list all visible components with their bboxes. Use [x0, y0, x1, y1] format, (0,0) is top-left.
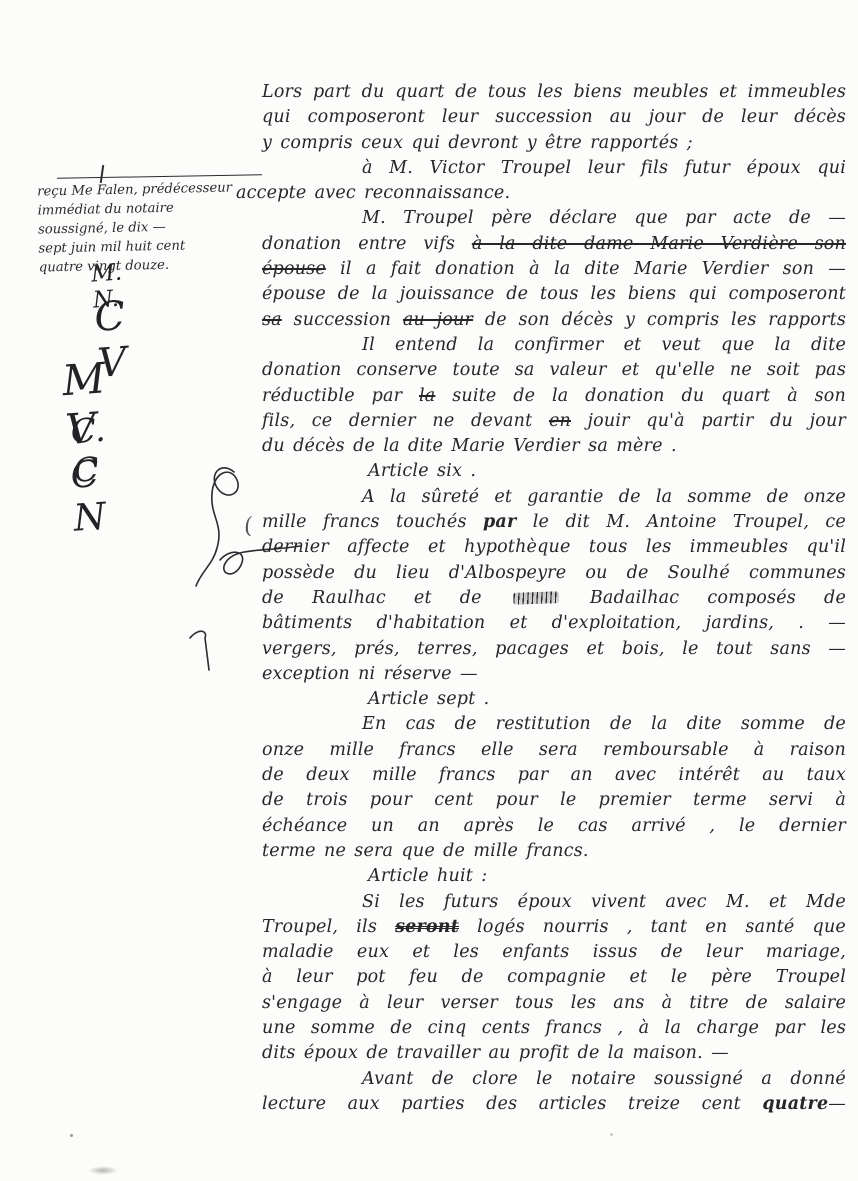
scribbled-out-word: [513, 591, 559, 605]
text-line: y compris ceux qui devront y être rappor…: [262, 131, 846, 156]
text-line: onze mille francs elle sera remboursable…: [262, 738, 846, 763]
text-segment: Article sept .: [368, 689, 489, 709]
text-segment: fils, ce dernier ne devant: [262, 411, 549, 431]
text-segment: mille francs touchés: [262, 512, 483, 532]
text-segment: onze mille francs elle sera remboursable…: [262, 740, 846, 760]
text-line: Avant de clore le notaire soussigné a do…: [262, 1067, 846, 1092]
text-segment: dernier affecte et hypothèque tous les i…: [262, 537, 846, 557]
text-segment: M. Troupel père déclare que par acte de …: [362, 208, 846, 228]
text-line: qui composeront leur succession au jour …: [262, 105, 846, 130]
text-line: dernier affecte et hypothèque tous les i…: [262, 535, 846, 560]
text-line: à leur pot feu de compagnie et le père T…: [262, 965, 846, 990]
text-segment: Article huit :: [368, 866, 487, 886]
text-segment: réductible par: [262, 386, 419, 406]
text-segment: possède du lieu d'Albospeyre ou de Soulh…: [262, 563, 846, 583]
text-segment: Badailhac composés de: [562, 588, 846, 608]
text-line: à M. Victor Troupel leur fils futur épou…: [262, 156, 846, 181]
text-line: bâtiments d'habitation et d'exploitation…: [262, 611, 846, 636]
text-segment: s'engage à leur verser tous les ans à ti…: [262, 993, 846, 1013]
text-segment: En cas de restitution de la dite somme d…: [362, 714, 846, 734]
text-line: Lors part du quart de tous les biens meu…: [262, 80, 846, 105]
text-segment: de son décès y compris les rapports: [473, 310, 846, 330]
text-line: lecture aux parties des articles treize …: [262, 1092, 846, 1117]
text-segment: à leur pot feu de compagnie et le père T…: [262, 967, 846, 987]
text-segment: y compris ceux qui devront y être rappor…: [262, 133, 693, 153]
text-line: sa succession au jour de son décès y com…: [262, 308, 846, 333]
document-body-text: Lors part du quart de tous les biens meu…: [262, 80, 846, 1117]
text-segment: logés nourris , tant en santé que: [459, 917, 846, 937]
text-segment: succession: [282, 310, 403, 330]
struck-text: épouse: [262, 259, 326, 279]
initial-left: C.: [69, 410, 106, 451]
text-line: une somme de cinq cents francs , à la ch…: [262, 1016, 846, 1041]
text-line: Article six .: [262, 459, 846, 484]
initial-left: M: [61, 353, 107, 405]
scan-smudge: [88, 1166, 118, 1175]
text-line: vergers, prés, terres, pacages et bois, …: [262, 637, 846, 662]
text-line: Il entend la confirmer et veut que la di…: [262, 333, 846, 358]
initial-left: C: [93, 293, 127, 341]
text-segment: à M. Victor Troupel leur fils futur épou…: [362, 158, 846, 178]
scanned-notarial-act-page: reçu Me Falen, prédécesseurimmédiat du n…: [0, 0, 858, 1181]
text-line: de trois pour cent pour le premier terme…: [262, 788, 846, 813]
initial-left: C: [69, 452, 100, 497]
scan-speck: [610, 1133, 613, 1136]
text-line: accepte avec reconnaissance.: [236, 181, 846, 206]
text-line: épouse il a fait donation à la dite Mari…: [262, 257, 846, 282]
text-segment: Article six .: [368, 461, 476, 481]
text-segment: Si les futurs époux vivent avec M. et Md…: [362, 892, 846, 912]
text-line: maladie eux et les enfants issus de leur…: [262, 940, 846, 965]
struck-text: à la dite dame Marie Verdière son: [472, 234, 846, 254]
text-segment: Il entend la confirmer et veut que la di…: [362, 335, 846, 355]
margin-initials-row: CN: [69, 450, 129, 540]
text-line: exception ni réserve —: [262, 662, 846, 687]
text-segment: il a fait donation à la dite Marie Verdi…: [326, 259, 846, 279]
text-segment: A la sûreté et garantie de la somme de o…: [362, 487, 846, 507]
text-segment: donation conserve toute sa valeur et qu'…: [262, 360, 846, 380]
text-segment: qui composeront leur succession au jour …: [262, 107, 846, 127]
text-segment: par: [483, 512, 516, 532]
text-segment: le dit M. Antoine Troupel, ce: [516, 512, 846, 532]
overwritten-text: seront: [395, 917, 459, 937]
text-segment: de Raulhac et de: [262, 588, 510, 608]
text-line: réductible par la suite de la donation d…: [262, 384, 846, 409]
text-segment: terme ne sera que de mille francs.: [262, 841, 589, 861]
scan-speck: [70, 1134, 73, 1137]
text-line: du décès de la dite Marie Verdier sa mèr…: [262, 434, 846, 459]
text-segment: Troupel, ils: [262, 917, 395, 937]
text-segment: épouse de la jouissance de tous les bien…: [262, 284, 846, 304]
text-segment: vergers, prés, terres, pacages et bois, …: [262, 639, 846, 659]
text-segment: —: [828, 1094, 846, 1114]
text-segment: suite de la donation du quart à son: [435, 386, 846, 406]
text-line: Article huit :: [262, 864, 846, 889]
struck-text: en: [549, 411, 571, 431]
text-line: Troupel, ils seront logés nourris , tant…: [262, 915, 846, 940]
text-line: s'engage à leur verser tous les ans à ti…: [262, 991, 846, 1016]
struck-text: la: [419, 386, 435, 406]
initial-left: M.: [90, 260, 123, 288]
text-segment: jouir qu'à partir du jour: [571, 411, 846, 431]
text-segment: une somme de cinq cents francs , à la ch…: [262, 1018, 846, 1038]
text-segment: de trois pour cent pour le premier terme…: [262, 790, 846, 810]
text-line: terme ne sera que de mille francs.: [262, 839, 846, 864]
struck-text: sa: [262, 310, 282, 330]
text-line: épouse de la jouissance de tous les bien…: [262, 282, 846, 307]
text-segment: de deux mille francs par an avec intérêt…: [262, 765, 846, 785]
text-segment: accepte avec reconnaissance.: [236, 183, 510, 203]
text-segment: Lors part du quart de tous les biens meu…: [262, 82, 846, 102]
text-segment: donation entre vifs: [262, 234, 472, 254]
text-segment: dits époux de travailler au profit de la…: [262, 1043, 729, 1063]
text-line: En cas de restitution de la dite somme d…: [262, 712, 846, 737]
initial-right: N: [72, 495, 107, 540]
text-segment: du décès de la dite Marie Verdier sa mèr…: [262, 436, 677, 456]
text-line: Article sept .: [262, 687, 846, 712]
text-segment: bâtiments d'habitation et d'exploitation…: [262, 613, 846, 633]
text-segment: lecture aux parties des articles treize …: [262, 1094, 762, 1114]
text-segment: Avant de clore le notaire soussigné a do…: [362, 1069, 846, 1089]
struck-text: au jour: [403, 310, 473, 330]
text-line: de Raulhac et de Badailhac composés de: [262, 586, 846, 611]
margin-note-line: quatre vingt douze.: [39, 253, 281, 277]
text-line: de deux mille francs par an avec intérêt…: [262, 763, 846, 788]
text-line: donation entre vifs à la dite dame Marie…: [262, 232, 846, 257]
text-line: échéance un an après le cas arrivé , le …: [262, 814, 846, 839]
text-line: M. Troupel père déclare que par acte de …: [262, 206, 846, 231]
text-line: fils, ce dernier ne devant en jouir qu'à…: [262, 409, 846, 434]
text-segment: maladie eux et les enfants issus de leur…: [262, 942, 846, 962]
text-segment: exception ni réserve —: [262, 664, 478, 684]
text-line: dits époux de travailler au profit de la…: [262, 1041, 846, 1066]
text-line: A la sûreté et garantie de la somme de o…: [262, 485, 846, 510]
text-segment: échéance un an après le cas arrivé , le …: [262, 816, 846, 836]
text-line: Si les futurs époux vivent avec M. et Md…: [262, 890, 846, 915]
text-line: mille francs touchés par le dit M. Antoi…: [262, 510, 846, 535]
text-segment: quatre: [762, 1094, 828, 1114]
text-line: possède du lieu d'Albospeyre ou de Soulh…: [262, 561, 846, 586]
text-line: donation conserve toute sa valeur et qu'…: [262, 358, 846, 383]
